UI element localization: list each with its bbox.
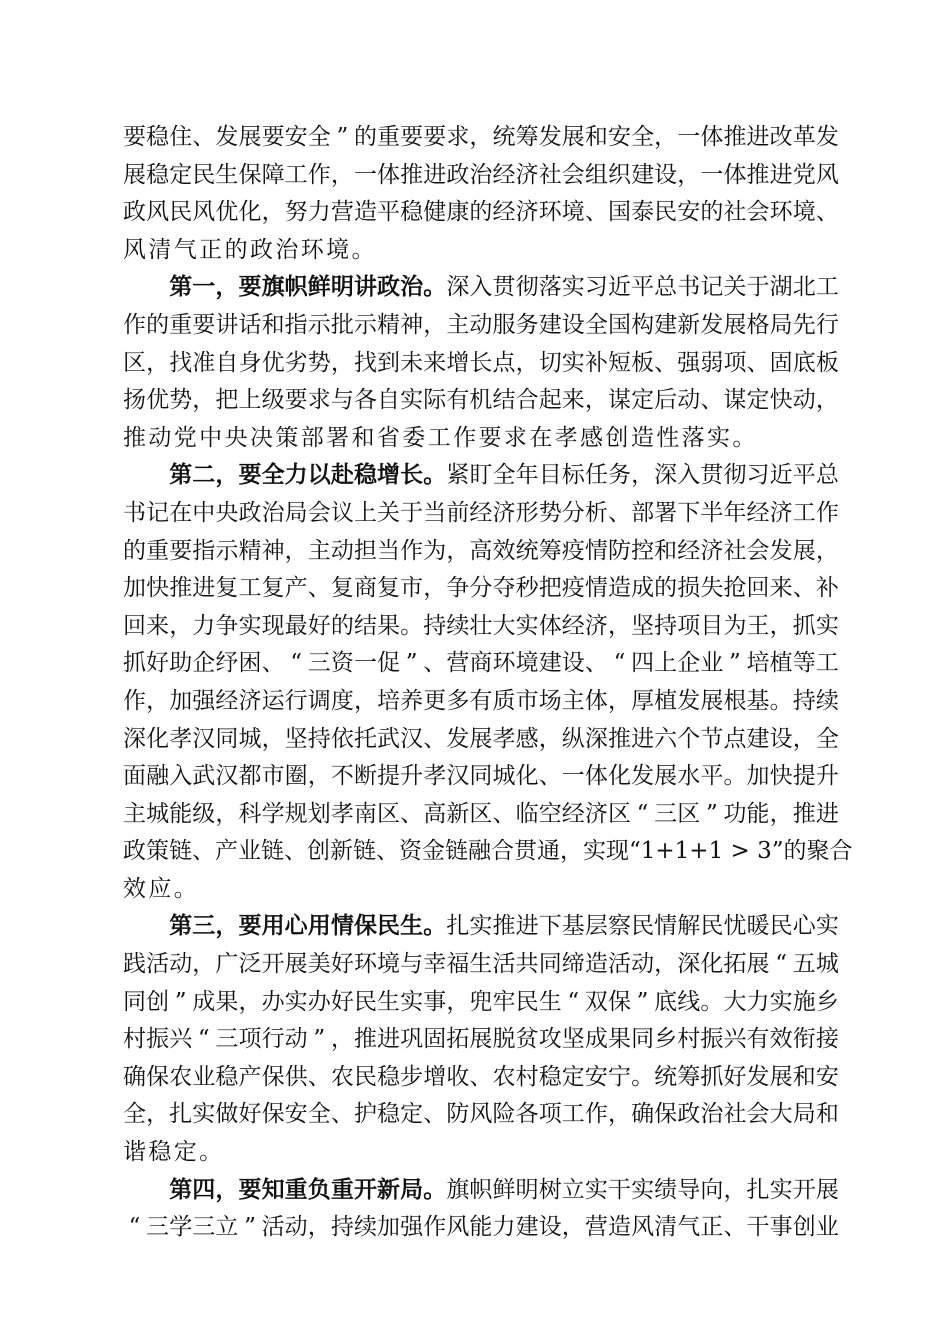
formula-text: 1+1+1 > 3 <box>641 833 772 871</box>
text-line: 推动党中央决策部署和省委工作要求在孝感创造性落实。 <box>123 420 839 458</box>
text-line: 村振兴“三项行动”，推进巩固拓展脱贫攻坚成果同乡村振兴有效衔接 <box>123 1021 839 1059</box>
text-line: 同创”成果，办实办好民生实事，兜牢民生“双保”底线。大力实施乡 <box>123 984 839 1022</box>
paragraph-point-4: 第四，要知重负重开新局。旗帜鲜明树立实干实绩导向，扎实开展“三学三立”活动，持续… <box>123 1172 839 1247</box>
text-line: 加快推进复工复产、复商复市，争分夺秒把疫情造成的损失抢回来、补 <box>123 570 839 608</box>
text-line: 主城能级，科学规划孝南区、高新区、临空经济区“三区”功能，推进 <box>123 796 839 834</box>
text-line: 作，加强经济运行调度，培养更多有质市场主体，厚植发展根基。持续 <box>123 683 839 721</box>
document-page: 要稳住、发展要安全”的重要要求，统筹发展和安全，一体推进改革发展稳定民生保障工作… <box>123 119 839 1247</box>
text-line: 效应。 <box>123 871 839 909</box>
text-line: 风清气正的政治环境。 <box>123 232 839 270</box>
text-line: 深化孝汉同城，坚持依托武汉、发展孝感，纵深推进六个节点建设，全 <box>123 721 839 759</box>
text-line: 政策链、产业链、创新链、资金链融合贯通，实现“1+1+1 > 3”的聚合 <box>123 833 839 871</box>
text-line: 践活动，广泛开展美好环境与幸福生活共同缔造活动，深化拓展“五城 <box>123 946 839 984</box>
text-line: 回来，力争实现最好的结果。持续壮大实体经济，坚持项目为王，抓实 <box>123 608 839 646</box>
text-line: 确保农业稳产保供、农民稳步增收、农村稳定安宁。统筹抓好发展和安 <box>123 1059 839 1097</box>
text-line: 全，扎实做好保安全、护稳定、防风险各项工作，确保政治社会大局和 <box>123 1096 839 1134</box>
text-line: 书记在中央政治局会议上关于当前经济形势分析、部署下半年经济工作 <box>123 495 839 533</box>
text-line: 的重要指示精神，主动担当作为，高效统筹疫情防控和经济社会发展， <box>123 533 839 571</box>
paragraph-intro-continued: 要稳住、发展要安全”的重要要求，统筹发展和安全，一体推进改革发展稳定民生保障工作… <box>123 119 839 269</box>
text-line: 政风民风优化，努力营造平稳健康的经济环境、国泰民安的社会环境、 <box>123 194 839 232</box>
text-line: 要稳住、发展要安全”的重要要求，统筹发展和安全，一体推进改革发 <box>123 119 839 157</box>
text-line: 第三，要用心用情保民生。扎实推进下基层察民情解民忧暖民心实 <box>123 908 839 946</box>
text-line: 面融入武汉都市圈，不断提升孝汉同城化、一体化发展水平。加快提升 <box>123 758 839 796</box>
text-line: 作的重要讲话和指示批示精神，主动服务建设全国构建新发展格局先行 <box>123 307 839 345</box>
text-line: 第四，要知重负重开新局。旗帜鲜明树立实干实绩导向，扎实开展 <box>123 1172 839 1210</box>
text-line: “三学三立”活动，持续加强作风能力建设，营造风清气正、干事创业 <box>123 1209 839 1247</box>
paragraph-point-2: 第二，要全力以赴稳增长。紧盯全年目标任务，深入贯彻习近平总书记在中央政治局会议上… <box>123 457 839 908</box>
text-line: 抓好助企纾困、“三资一促”、营商环境建设、“四上企业”培植等工 <box>123 645 839 683</box>
text-line: 谐稳定。 <box>123 1134 839 1172</box>
paragraph-point-1: 第一，要旗帜鲜明讲政治。深入贯彻落实习近平总书记关于湖北工作的重要讲话和指示批示… <box>123 269 839 457</box>
text-line: 展稳定民生保障工作，一体推进政治经济社会组织建设，一体推进党风 <box>123 157 839 195</box>
text-line: 扬优势，把上级要求与各自实际有机结合起来，谋定后动、谋定快动， <box>123 382 839 420</box>
text-line: 区，找准自身优劣势，找到未来增长点，切实补短板、强弱项、固底板 <box>123 345 839 383</box>
text-line: 第二，要全力以赴稳增长。紧盯全年目标任务，深入贯彻习近平总 <box>123 457 839 495</box>
paragraph-point-3: 第三，要用心用情保民生。扎实推进下基层察民情解民忧暖民心实践活动，广泛开展美好环… <box>123 908 839 1171</box>
text-line: 第一，要旗帜鲜明讲政治。深入贯彻落实习近平总书记关于湖北工 <box>123 269 839 307</box>
